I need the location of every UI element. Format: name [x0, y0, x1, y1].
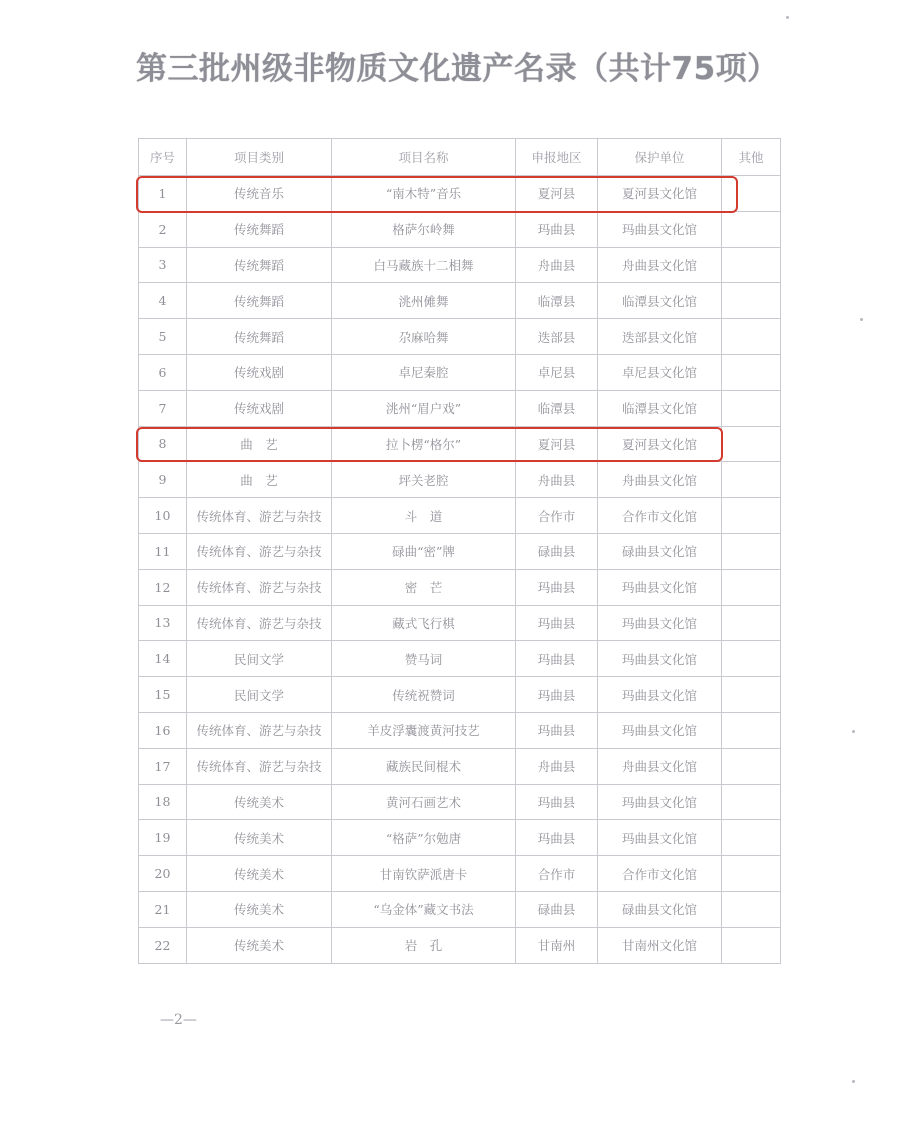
cell-category: 传统体育、游艺与杂技: [187, 712, 332, 748]
cell-unit: 碌曲县文化馆: [598, 533, 722, 569]
cell-category: 传统音乐: [187, 176, 332, 212]
header-unit: 保护单位: [598, 139, 722, 176]
cell-region: 玛曲县: [516, 820, 598, 856]
table-row: 18传统美术黄河石画艺术玛曲县玛曲县文化馆: [139, 784, 781, 820]
cell-no: 15: [139, 677, 187, 713]
cell-unit: 夏河县文化馆: [598, 426, 722, 462]
table-row: 2传统舞蹈格萨尔岭舞玛曲县玛曲县文化馆: [139, 211, 781, 247]
cell-name: 密 芒: [332, 569, 516, 605]
page-title: 第三批州级非物质文化遗产名录（共计75项）: [136, 46, 776, 92]
table-row: 9曲 艺坪关老腔舟曲县舟曲县文化馆: [139, 462, 781, 498]
cell-unit: 甘南州文化馆: [598, 927, 722, 963]
scan-speck: [852, 730, 855, 733]
cell-unit: 舟曲县文化馆: [598, 462, 722, 498]
cell-no: 20: [139, 856, 187, 892]
cell-unit: 夏河县文化馆: [598, 176, 722, 212]
cell-no: 21: [139, 891, 187, 927]
cell-no: 12: [139, 569, 187, 605]
cell-unit: 玛曲县文化馆: [598, 641, 722, 677]
cell-region: 临潭县: [516, 283, 598, 319]
cell-category: 传统戏剧: [187, 390, 332, 426]
cell-region: 合作市: [516, 856, 598, 892]
cell-region: 玛曲县: [516, 712, 598, 748]
cell-other: [722, 605, 781, 641]
cell-region: 卓尼县: [516, 354, 598, 390]
cell-name: 坪关老腔: [332, 462, 516, 498]
cell-other: [722, 390, 781, 426]
table-row: 7传统戏剧洮州“眉户戏”临潭县临潭县文化馆: [139, 390, 781, 426]
cell-name: 黄河石画艺术: [332, 784, 516, 820]
table-row: 20传统美术甘南钦萨派唐卡合作市合作市文化馆: [139, 856, 781, 892]
header-category: 项目类别: [187, 139, 332, 176]
cell-region: 玛曲县: [516, 784, 598, 820]
cell-category: 传统舞蹈: [187, 319, 332, 355]
cell-category: 传统舞蹈: [187, 247, 332, 283]
cell-category: 传统美术: [187, 784, 332, 820]
cell-other: [722, 891, 781, 927]
cell-unit: 合作市文化馆: [598, 856, 722, 892]
cell-no: 1: [139, 176, 187, 212]
cell-other: [722, 283, 781, 319]
cell-category: 传统舞蹈: [187, 283, 332, 319]
cell-other: [722, 211, 781, 247]
cell-unit: 玛曲县文化馆: [598, 211, 722, 247]
cell-category: 民间文学: [187, 677, 332, 713]
cell-category: 传统体育、游艺与杂技: [187, 605, 332, 641]
cell-name: 洮州傩舞: [332, 283, 516, 319]
table-row: 8曲 艺拉卜楞“格尔”夏河县夏河县文化馆: [139, 426, 781, 462]
cell-other: [722, 319, 781, 355]
header-region: 申报地区: [516, 139, 598, 176]
cell-category: 曲 艺: [187, 462, 332, 498]
cell-category: 传统体育、游艺与杂技: [187, 498, 332, 534]
cell-no: 7: [139, 390, 187, 426]
table-row: 6传统戏剧卓尼秦腔卓尼县卓尼县文化馆: [139, 354, 781, 390]
cell-region: 舟曲县: [516, 247, 598, 283]
table-row: 21传统美术“乌金体”藏文书法碌曲县碌曲县文化馆: [139, 891, 781, 927]
cell-name: 洮州“眉户戏”: [332, 390, 516, 426]
cell-other: [722, 462, 781, 498]
cell-region: 碌曲县: [516, 533, 598, 569]
cell-name: 碌曲“密”牌: [332, 533, 516, 569]
cell-other: [722, 426, 781, 462]
cell-other: [722, 569, 781, 605]
scan-speck: [860, 318, 863, 321]
cell-no: 19: [139, 820, 187, 856]
cell-unit: 玛曲县文化馆: [598, 820, 722, 856]
cell-no: 8: [139, 426, 187, 462]
table-row: 10传统体育、游艺与杂技斗 道合作市合作市文化馆: [139, 498, 781, 534]
scan-speck: [852, 1080, 855, 1083]
scan-speck: [786, 16, 789, 19]
table-row: 15民间文学传统祝赞词玛曲县玛曲县文化馆: [139, 677, 781, 713]
cell-no: 22: [139, 927, 187, 963]
cell-name: 藏族民间棍术: [332, 748, 516, 784]
cell-name: 白马藏族十二相舞: [332, 247, 516, 283]
cell-region: 玛曲县: [516, 677, 598, 713]
cell-name: 传统祝赞词: [332, 677, 516, 713]
cell-name: 赞马词: [332, 641, 516, 677]
cell-no: 3: [139, 247, 187, 283]
cell-name: 羊皮浮囊渡黄河技艺: [332, 712, 516, 748]
table-row: 17传统体育、游艺与杂技藏族民间棍术舟曲县舟曲县文化馆: [139, 748, 781, 784]
cell-other: [722, 784, 781, 820]
cell-region: 临潭县: [516, 390, 598, 426]
cell-no: 11: [139, 533, 187, 569]
cell-no: 2: [139, 211, 187, 247]
cell-category: 传统美术: [187, 856, 332, 892]
cell-other: [722, 354, 781, 390]
header-name: 项目名称: [332, 139, 516, 176]
cell-no: 18: [139, 784, 187, 820]
cell-region: 合作市: [516, 498, 598, 534]
cell-unit: 卓尼县文化馆: [598, 354, 722, 390]
cell-region: 玛曲县: [516, 569, 598, 605]
cell-no: 17: [139, 748, 187, 784]
cell-unit: 临潭县文化馆: [598, 283, 722, 319]
cell-category: 传统体育、游艺与杂技: [187, 569, 332, 605]
cell-category: 传统美术: [187, 820, 332, 856]
cell-category: 民间文学: [187, 641, 332, 677]
cell-other: [722, 498, 781, 534]
cell-region: 夏河县: [516, 426, 598, 462]
heritage-list-table: 序号 项目类别 项目名称 申报地区 保护单位 其他 1传统音乐“南木特”音乐夏河…: [138, 138, 781, 964]
table-row: 4传统舞蹈洮州傩舞临潭县临潭县文化馆: [139, 283, 781, 319]
cell-other: [722, 533, 781, 569]
table-header-row: 序号 项目类别 项目名称 申报地区 保护单位 其他: [139, 139, 781, 176]
cell-unit: 玛曲县文化馆: [598, 712, 722, 748]
table-row: 22传统美术岩 孔甘南州甘南州文化馆: [139, 927, 781, 963]
cell-region: 舟曲县: [516, 462, 598, 498]
cell-name: 藏式飞行棋: [332, 605, 516, 641]
cell-unit: 临潭县文化馆: [598, 390, 722, 426]
cell-region: 碌曲县: [516, 891, 598, 927]
cell-unit: 碌曲县文化馆: [598, 891, 722, 927]
cell-no: 16: [139, 712, 187, 748]
cell-category: 传统舞蹈: [187, 211, 332, 247]
cell-other: [722, 712, 781, 748]
cell-region: 玛曲县: [516, 211, 598, 247]
cell-no: 10: [139, 498, 187, 534]
cell-unit: 舟曲县文化馆: [598, 748, 722, 784]
table-row: 13传统体育、游艺与杂技藏式飞行棋玛曲县玛曲县文化馆: [139, 605, 781, 641]
cell-other: [722, 176, 781, 212]
cell-category: 传统体育、游艺与杂技: [187, 748, 332, 784]
cell-category: 传统体育、游艺与杂技: [187, 533, 332, 569]
table-body: 1传统音乐“南木特”音乐夏河县夏河县文化馆2传统舞蹈格萨尔岭舞玛曲县玛曲县文化馆…: [139, 176, 781, 964]
cell-other: [722, 677, 781, 713]
table-row: 14民间文学赞马词玛曲县玛曲县文化馆: [139, 641, 781, 677]
cell-no: 13: [139, 605, 187, 641]
cell-category: 曲 艺: [187, 426, 332, 462]
table-row: 16传统体育、游艺与杂技羊皮浮囊渡黄河技艺玛曲县玛曲县文化馆: [139, 712, 781, 748]
cell-other: [722, 748, 781, 784]
cell-name: 卓尼秦腔: [332, 354, 516, 390]
cell-unit: 玛曲县文化馆: [598, 569, 722, 605]
cell-unit: 玛曲县文化馆: [598, 677, 722, 713]
cell-name: 尕麻哈舞: [332, 319, 516, 355]
cell-other: [722, 856, 781, 892]
cell-unit: 玛曲县文化馆: [598, 784, 722, 820]
cell-other: [722, 641, 781, 677]
cell-region: 迭部县: [516, 319, 598, 355]
cell-other: [722, 927, 781, 963]
cell-no: 5: [139, 319, 187, 355]
header-no: 序号: [139, 139, 187, 176]
cell-other: [722, 820, 781, 856]
cell-category: 传统美术: [187, 927, 332, 963]
cell-category: 传统美术: [187, 891, 332, 927]
cell-unit: 舟曲县文化馆: [598, 247, 722, 283]
cell-name: 拉卜楞“格尔”: [332, 426, 516, 462]
cell-region: 玛曲县: [516, 605, 598, 641]
table-row: 5传统舞蹈尕麻哈舞迭部县迭部县文化馆: [139, 319, 781, 355]
table-row: 12传统体育、游艺与杂技密 芒玛曲县玛曲县文化馆: [139, 569, 781, 605]
cell-unit: 合作市文化馆: [598, 498, 722, 534]
cell-name: “南木特”音乐: [332, 176, 516, 212]
cell-no: 9: [139, 462, 187, 498]
page-number: —2—: [160, 1012, 197, 1028]
cell-unit: 迭部县文化馆: [598, 319, 722, 355]
cell-no: 14: [139, 641, 187, 677]
cell-no: 4: [139, 283, 187, 319]
cell-name: 甘南钦萨派唐卡: [332, 856, 516, 892]
cell-name: 格萨尔岭舞: [332, 211, 516, 247]
cell-other: [722, 247, 781, 283]
cell-name: 斗 道: [332, 498, 516, 534]
header-other: 其他: [722, 139, 781, 176]
cell-name: “乌金体”藏文书法: [332, 891, 516, 927]
cell-no: 6: [139, 354, 187, 390]
cell-name: “格萨”尔勉唐: [332, 820, 516, 856]
cell-region: 夏河县: [516, 176, 598, 212]
table-row: 11传统体育、游艺与杂技碌曲“密”牌碌曲县碌曲县文化馆: [139, 533, 781, 569]
cell-region: 甘南州: [516, 927, 598, 963]
cell-region: 舟曲县: [516, 748, 598, 784]
table-row: 1传统音乐“南木特”音乐夏河县夏河县文化馆: [139, 176, 781, 212]
table-row: 3传统舞蹈白马藏族十二相舞舟曲县舟曲县文化馆: [139, 247, 781, 283]
cell-name: 岩 孔: [332, 927, 516, 963]
table-row: 19传统美术“格萨”尔勉唐玛曲县玛曲县文化馆: [139, 820, 781, 856]
cell-region: 玛曲县: [516, 641, 598, 677]
cell-category: 传统戏剧: [187, 354, 332, 390]
cell-unit: 玛曲县文化馆: [598, 605, 722, 641]
